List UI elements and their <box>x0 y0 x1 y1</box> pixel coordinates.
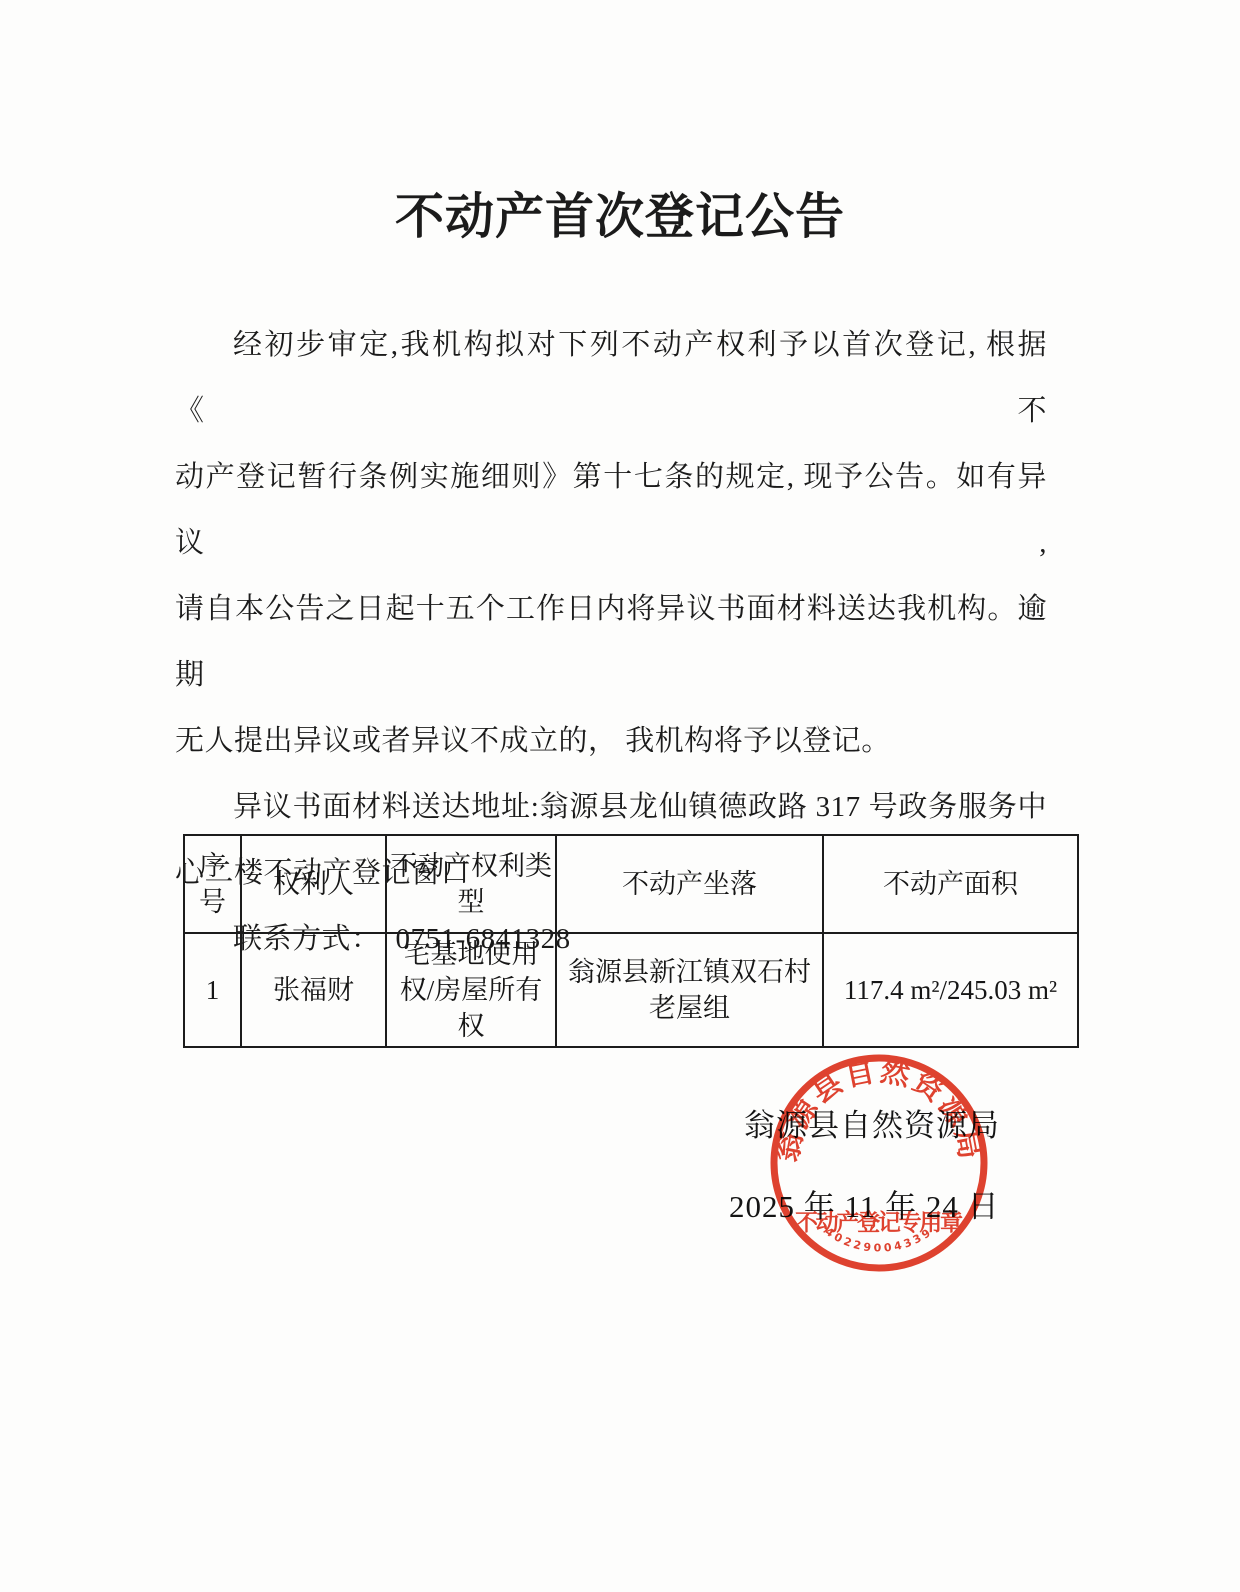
seal-border-circle <box>774 1058 984 1268</box>
svg-text:翁源县自然资源局: 翁源县自然资源局 <box>771 1053 986 1164</box>
table-row: 1张福财宅基地使用权/房屋所有权翁源县新江镇双石村老屋组117.4 m²/245… <box>184 933 1078 1047</box>
table-cell: 宅基地使用权/房屋所有权 <box>386 933 556 1047</box>
body-line-1: 经初步审定,我机构拟对下列不动产权利予以首次登记, 根据《不 <box>175 312 1047 444</box>
table-cell: 张福财 <box>241 933 386 1047</box>
table-cell: 1 <box>184 933 241 1047</box>
table-header-row: 序号权利人不动产权利类型不动产坐落不动产面积 <box>184 835 1078 933</box>
column-header: 权利人 <box>241 835 386 933</box>
column-header: 序号 <box>184 835 241 933</box>
column-header: 不动产权利类型 <box>386 835 556 933</box>
seal-graphic: 翁源县自然资源局 不动产登记专用章 4402290043392 <box>764 1048 994 1278</box>
column-header: 不动产坐落 <box>556 835 823 933</box>
document-title: 不动产首次登记公告 <box>0 178 1240 248</box>
seal-center-text: 不动产登记专用章 <box>795 1209 963 1235</box>
body-line-5: 异议书面材料送达地址:翁源县龙仙镇德政路 317 号政务服务中 <box>175 774 1047 840</box>
registration-table: 序号权利人不动产权利类型不动产坐落不动产面积 1张福财宅基地使用权/房屋所有权翁… <box>183 834 1079 1048</box>
table-cell: 翁源县新江镇双石村老屋组 <box>556 933 823 1047</box>
body-line-3: 请自本公告之日起十五个工作日内将异议书面材料送达我机构。逾期 <box>175 576 1047 708</box>
table-cell: 117.4 m²/245.03 m² <box>823 933 1078 1047</box>
body-line-4: 无人提出异议或者异议不成立的， 我机构将予以登记。 <box>175 708 1047 774</box>
seal-arc-text: 翁源县自然资源局 <box>771 1053 986 1164</box>
body-line-2: 动产登记暂行条例实施细则》第十七条的规定, 现予公告。如有异议, <box>175 444 1047 576</box>
column-header: 不动产面积 <box>823 835 1078 933</box>
document-page: 不动产首次登记公告 经初步审定,我机构拟对下列不动产权利予以首次登记, 根据《不… <box>0 0 1240 1592</box>
official-seal-stamp: 翁源县自然资源局 不动产登记专用章 4402290043392 <box>764 1048 994 1278</box>
